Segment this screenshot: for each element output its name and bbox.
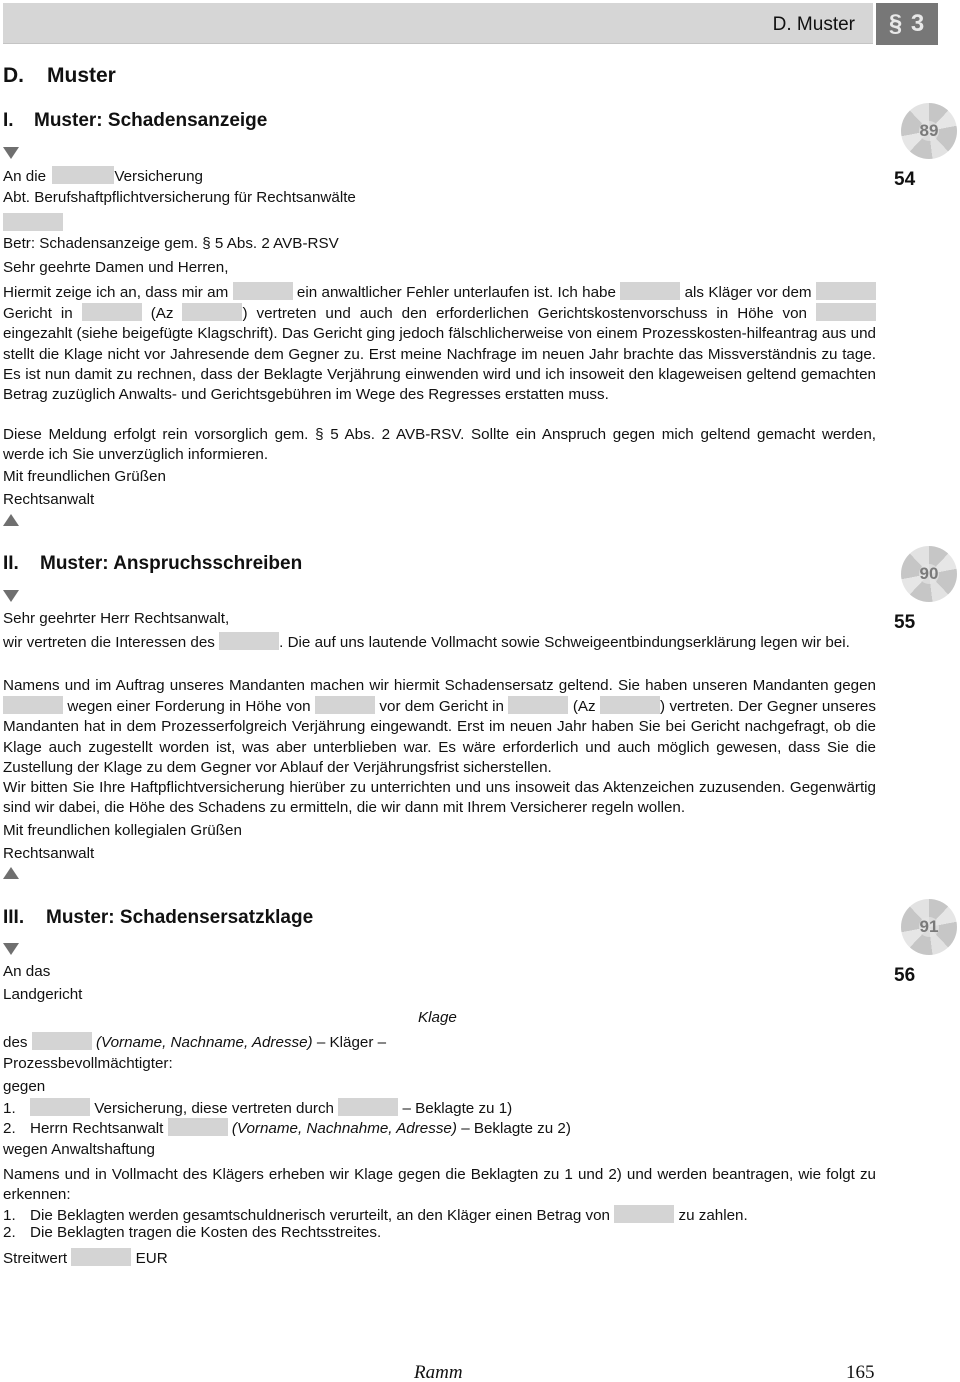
footer-author: Ramm (414, 1362, 463, 1382)
placeholder-blank (30, 1098, 90, 1116)
placeholder-blank (338, 1098, 398, 1116)
placeholder-blank (614, 1205, 674, 1223)
placeholder-blank (168, 1118, 228, 1136)
placeholder-blank (32, 1032, 92, 1050)
placeholder-blank (600, 696, 660, 714)
placeholder-blank (315, 696, 375, 714)
margin-disc-91: 91 (901, 899, 957, 955)
paragraph-representation: wir vertreten die Interessen des . Die a… (3, 632, 876, 653)
closing: Mit freundlichen kollegialen Grüßen (3, 822, 242, 839)
margin-number-54: 54 (894, 169, 915, 191)
chapter-heading: D.Muster (3, 64, 116, 88)
placeholder-blank (508, 696, 568, 714)
paragraph-request: Wir bitten Sie Ihre Haftpflichtversicher… (3, 778, 876, 818)
margin-disc-89: 89 (901, 103, 957, 159)
placeholder-blank (82, 303, 142, 321)
margin-number-56: 56 (894, 965, 915, 987)
placeholder-blank (816, 303, 876, 321)
counsel-line: Prozessbevollmächtigter: (3, 1055, 173, 1072)
section-heading-3: III.Muster: Schadensersatzklage (3, 907, 313, 929)
end-marker-icon (3, 867, 19, 879)
court-address-line-2: Landgericht (3, 986, 82, 1003)
placeholder-blank (52, 166, 114, 184)
closing: Mit freundlichen Grüßen (3, 468, 166, 485)
start-marker-icon (3, 590, 19, 602)
motion-item-2: 2.Die Beklagten tragen die Kosten des Re… (3, 1224, 381, 1241)
salutation: Sehr geehrter Herr Rechtsanwalt, (3, 610, 229, 627)
court-address-line-1: An das (3, 963, 50, 980)
placeholder-blank (71, 1248, 131, 1266)
signature: Rechtsanwalt (3, 845, 94, 862)
start-marker-icon (3, 943, 19, 955)
placeholder-blank (816, 282, 876, 300)
paragraph-claim: Namens und im Auftrag unseres Mandanten … (3, 676, 876, 778)
margin-number-55: 55 (894, 612, 915, 634)
paragraph-motion: Namens und in Vollmacht des Klägers erhe… (3, 1165, 876, 1205)
start-marker-icon (3, 147, 19, 159)
motion-item-1: 1.Die Beklagten werden gesamtschuldneris… (3, 1205, 748, 1224)
placeholder-blank (233, 282, 293, 300)
section-badge: § 3 (876, 3, 938, 45)
section-heading-1: I.Muster: Schadensanzeige (3, 110, 267, 132)
subject-line: Betr: Schadensanzeige gem. § 5 Abs. 2 AV… (3, 235, 339, 252)
running-header: D. Muster (3, 3, 873, 44)
against-line: gegen (3, 1078, 45, 1095)
section-heading-2: II.Muster: Anspruchsschreiben (3, 553, 302, 575)
paragraph-precautionary: Diese Meldung erfolgt rein vorsorglich g… (3, 425, 876, 465)
placeholder-blank (620, 282, 680, 300)
margin-disc-90: 90 (901, 546, 957, 602)
department-line: Abt. Berufshaftpflichtversicherung für R… (3, 189, 356, 206)
paragraph-damage-report: Hiermit zeige ich an, dass mir am ein an… (3, 282, 876, 405)
placeholder-blank (3, 696, 63, 714)
page-number: 165 (846, 1362, 875, 1382)
subject-matter: wegen Anwaltshaftung (3, 1141, 155, 1158)
defendant-1: 1. Versicherung, diese vertreten durch –… (3, 1098, 512, 1117)
address-placeholder (3, 213, 63, 232)
defendant-2: 2.Herrn Rechtsanwalt (Vorname, Nachnahme… (3, 1118, 571, 1137)
signature: Rechtsanwalt (3, 491, 94, 508)
amount-in-dispute: Streitwert EUR (3, 1248, 168, 1267)
running-header-title: D. Muster (773, 14, 855, 36)
recipient-line: An die Versicherung (3, 166, 203, 185)
end-marker-icon (3, 514, 19, 526)
salutation: Sehr geehrte Damen und Herren, (3, 259, 228, 276)
placeholder-blank (182, 303, 242, 321)
document-type-title: Klage (418, 1009, 457, 1026)
plaintiff-line: des (Vorname, Nachname, Adresse) – Kläge… (3, 1032, 386, 1051)
placeholder-blank (219, 632, 279, 650)
